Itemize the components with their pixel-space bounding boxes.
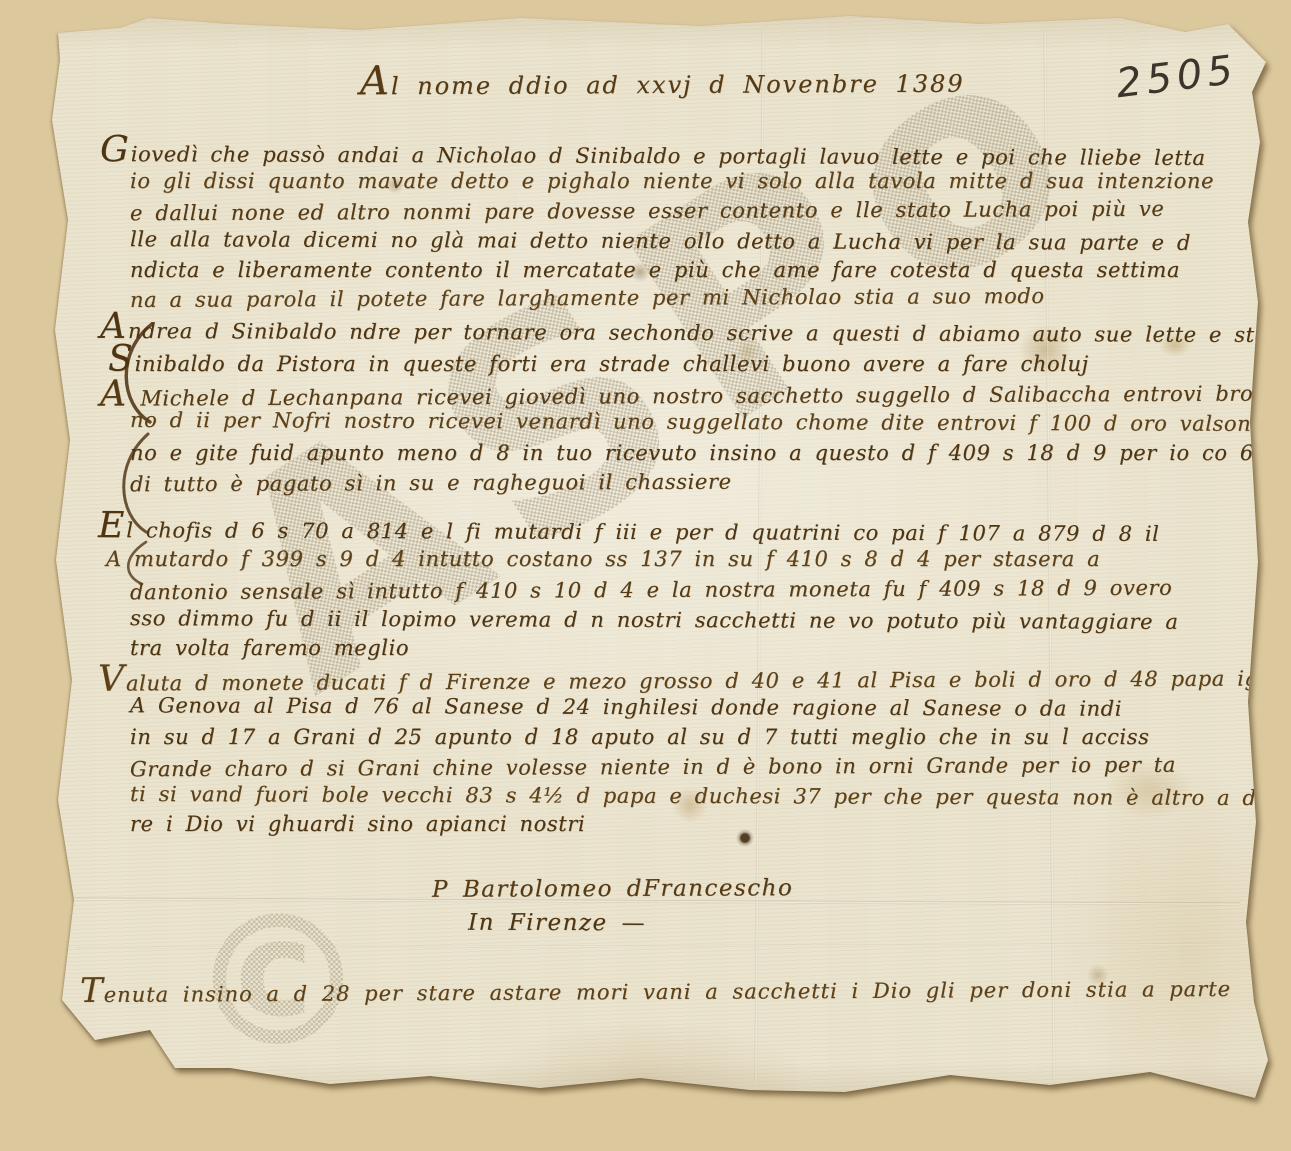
manuscript-line: A Michele d Lechanpana ricevei giovedì u… — [100, 378, 1291, 409]
manuscript-line: Giovedì che passò andai a Nicholao d Sin… — [100, 139, 1206, 169]
manuscript-line: sso dimmo fu d ii il lopimo verema d n n… — [130, 608, 1179, 633]
signature-line-2: In Firenze — — [468, 912, 646, 936]
postscript-line: Tenuta insino a d 28 per stare astare mo… — [80, 975, 1231, 1006]
manuscript-line: Sinibaldo da Pistora in queste forti era… — [108, 349, 1089, 375]
manuscript-line: na a sua parola il potete fare larghamen… — [130, 286, 1045, 311]
manuscript-line: A mutardo f 399 s 9 d 4 intutto costano … — [106, 549, 1100, 570]
manuscript-line: Valuta d monete ducati f d Firenze e mez… — [98, 663, 1286, 694]
fold-crease-horizontal-2 — [74, 943, 1240, 949]
manuscript-line: ti si vand fuori bole vecchi 83 s 4½ d p… — [130, 784, 1264, 809]
manuscript-line: tra volta faremo meglio — [130, 638, 409, 659]
manuscript-line: e dallui none ed altro nonmi pare dovess… — [130, 199, 1164, 225]
manuscript-line: A Genova al Pisa d 76 al Sanese d 24 ing… — [130, 695, 1122, 719]
heading-line: Al nome ddio ad xxvj d Novenbre 1389 — [360, 67, 965, 99]
page-background: { "document": { "archive_number": "2505"… — [0, 0, 1291, 1151]
manuscript-paper-wrap: ASPo © 2505 Al nome ddio ad xxvj d Noven… — [28, 10, 1270, 1112]
manuscript-line: re i Dio vi ghuardi sino apianci nostri — [130, 814, 585, 835]
manuscript-line: El chofis d 6 s 70 a 814 e l fi mutardi … — [98, 515, 1160, 545]
archive-number: 2505 — [1114, 47, 1240, 108]
manuscript-line: Grande charo d si Grani chine volesse ni… — [130, 755, 1176, 781]
manuscript-line: lle alla tavola dicemi no glà mai detto … — [130, 229, 1191, 254]
manuscript-line: di tutto è pagato sì in su e ragheguoi i… — [130, 472, 732, 496]
manuscript-line: io gli dissi quanto mavate detto e pigha… — [130, 171, 1214, 192]
manuscript-line: Andrea d Sinibaldo ndre per tornare ora … — [100, 316, 1291, 346]
manuscript-line: no d ii per Nofri nostro ricevei venardì… — [130, 410, 1291, 435]
manuscript-line: ndicta e liberamente contento il mercata… — [130, 260, 1180, 281]
manuscript-line: no e gite fuid apunto meno d 8 in tuo ri… — [130, 443, 1254, 464]
manuscript-line: in su d 17 a Grani d 25 apunto d 18 aput… — [130, 727, 1150, 748]
manuscript-paper: ASPo © 2505 Al nome ddio ad xxvj d Noven… — [28, 10, 1270, 1112]
signature-line-1: P Bartolomeo dFrancescho — [432, 877, 793, 902]
manuscript-line: dantonio sensale sì intutto f 410 s 10 d… — [130, 578, 1172, 604]
